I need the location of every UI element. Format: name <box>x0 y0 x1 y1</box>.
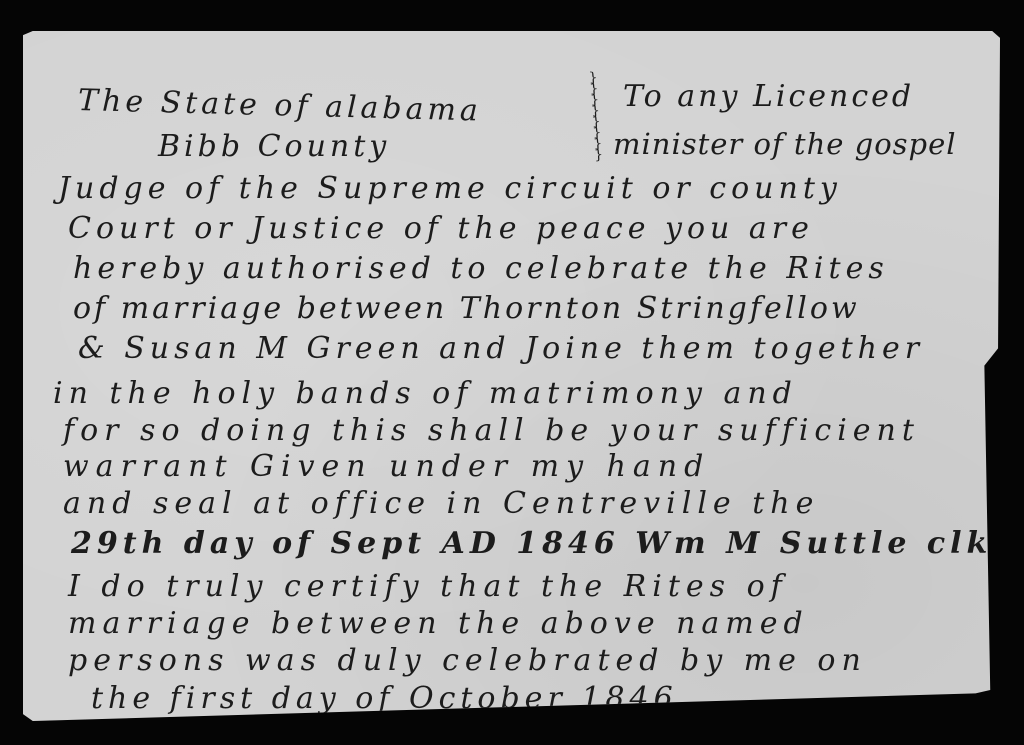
heading-county: Bibb County <box>158 129 390 164</box>
license-line-parties: of marriage between Thornton Stringfello… <box>73 291 860 326</box>
heading-address-2: minister of the gospel <box>613 127 957 161</box>
heading-address-1: To any Licenced <box>623 79 914 114</box>
license-line: warrant Given under my hand <box>63 449 710 484</box>
license-line: hereby authorised to celebrate the Rites <box>73 251 889 286</box>
license-line: in the holy bands of matrimony and <box>53 376 798 411</box>
license-line-parties: & Susan M Green and Joine them together <box>78 331 924 366</box>
officiant-signature: B L Sleeper M.G <box>758 701 991 731</box>
license-line: Court or Justice of the peace you are <box>68 211 814 246</box>
certificate-line: persons was duly celebrated by me on <box>68 643 867 678</box>
license-line: Judge of the Supreme circuit or county <box>58 171 842 206</box>
certificate-date-line: the first day of October 1846 <box>91 681 678 716</box>
scanned-document: The State of alabama }}}}}}}} To any Lic… <box>0 0 1024 745</box>
paper-sheet: The State of alabama }}}}}}}} To any Lic… <box>23 31 1000 721</box>
license-line: for so doing this shall be your sufficie… <box>63 413 920 448</box>
license-date-line: 29th day of Sept AD 1846 Wm M Suttle clk <box>71 526 992 561</box>
certificate-line: marriage between the above named <box>68 606 809 641</box>
certificate-line: I do truly certify that the Rites of <box>68 569 788 604</box>
license-line: and seal at office in Centreville the <box>63 486 819 521</box>
heading-state: The State of alabama <box>78 83 483 129</box>
scroll-brace-decoration: }}}}}}}} <box>585 73 607 166</box>
